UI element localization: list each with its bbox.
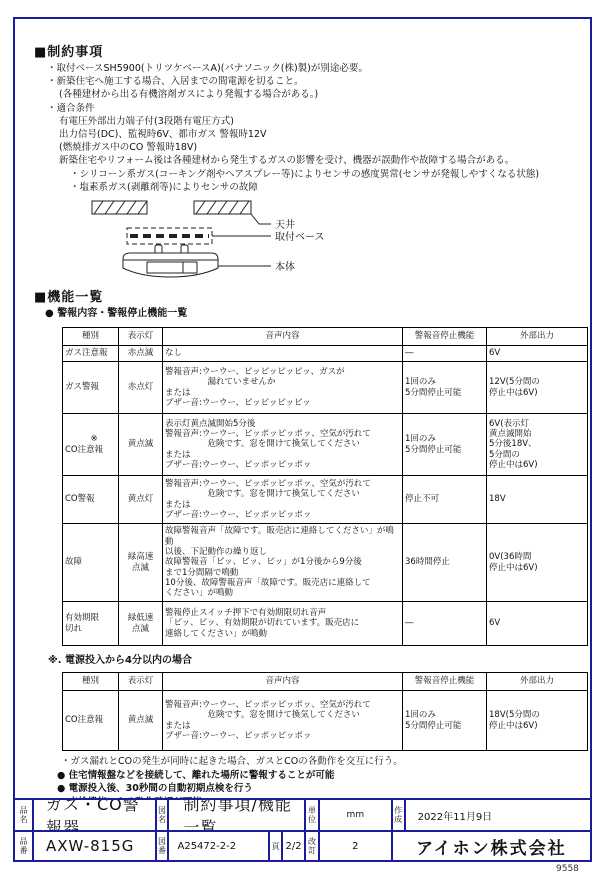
mounting-base-label: 取付ベース	[275, 230, 325, 243]
table-row: ガス注意報 赤点滅 なし ― 6V	[63, 346, 588, 362]
title-block: 品名 ガス・CO警報器 図名 制約事項/機能一覧 単位 mm 作成 2022年1…	[15, 798, 590, 860]
page-frame: ■制約事項 ・取付ベースSH5900(トリツケベースA)(パナソニック(株)製)…	[13, 17, 592, 862]
table-cell: 黄点滅	[119, 691, 163, 751]
table-cell: 警報停止スイッチ押下で有効期限切れ音声 「ピッ、ピッ、有効期限が切れています。販…	[163, 602, 403, 646]
column-header: 音声内容	[163, 673, 403, 691]
unit-value: mm	[318, 800, 391, 830]
page-label: 頁	[268, 832, 281, 860]
column-header: 種別	[63, 673, 119, 691]
column-header: 警報音停止機能	[403, 673, 487, 691]
footnote-item: ・ガス漏れとCOの発生が同時に起きた場合、ガスとCOの各動作を交互に行う。	[61, 755, 590, 769]
restrictions-list: ・取付ベースSH5900(トリツケベースA)(パナソニック(株)製)が別途必要。…	[15, 62, 590, 194]
column-header: 音声内容	[163, 328, 403, 346]
footnote-item: ● 住宅情報盤などを接続して、離れた場所に警報することが可能	[57, 769, 590, 783]
restriction-item: (各種建材から出る有機溶剤ガスにより発報する場合がある。)	[59, 88, 590, 101]
restriction-item: ・シリコーン系ガス(コーキング剤やヘアスプレー等)によりセンサの感度異常(センサ…	[70, 168, 590, 181]
table-cell: 1回のみ 5分間停止可能	[403, 414, 487, 476]
drawing-number-value: A25472-2-2	[167, 832, 268, 860]
table-cell: 6V	[487, 346, 588, 362]
alarm-list-subheading: ● 警報内容・警報停止機能一覧	[45, 307, 590, 321]
revision-label: 改訂	[304, 832, 318, 860]
restriction-item: 有電圧外部出力端子付(3段階有電圧方式)	[59, 115, 590, 128]
revision-value: 2	[318, 832, 391, 860]
title-block-row-1: 品名 ガス・CO警報器 図名 制約事項/機能一覧 単位 mm 作成 2022年1…	[15, 800, 590, 830]
device-body-label: 本体	[275, 260, 295, 273]
installation-diagram-drawing: 天井 取付ベース 本体	[77, 198, 377, 280]
table-cell: 停止不可	[403, 476, 487, 524]
restriction-item: (燃焼排ガス中のCO 警報時18V)	[59, 141, 590, 154]
table-cell: 警報音声:ウーウー、ピッポッピッポッ、空気が汚れて 危険です。窓を開けて換気して…	[163, 476, 403, 524]
table-row: CO警報 黄点灯 警報音声:ウーウー、ピッポッピッポッ、空気が汚れて 危険です。…	[63, 476, 588, 524]
column-header: 表示灯	[119, 673, 163, 691]
table-cell: 1回のみ 5分間停止可能	[403, 362, 487, 414]
table-cell: 12V(5分間の 停止中は6V)	[487, 362, 588, 414]
table-cell: 1回のみ 5分間停止可能	[403, 691, 487, 751]
page-value: 2/2	[281, 832, 304, 860]
table-header-row: 種別 表示灯 音声内容 警報音停止機能 外部出力	[63, 328, 588, 346]
table-cell: 赤点滅	[119, 346, 163, 362]
table-row: 有効期限 切れ 緑低速 点滅 警報停止スイッチ押下で有効期限切れ音声 「ピッ、ピ…	[63, 602, 588, 646]
table-cell: 18V	[487, 476, 588, 524]
table-cell: CO注意報	[63, 691, 119, 751]
column-header: 外部出力	[487, 328, 588, 346]
power-on-table: 種別 表示灯 音声内容 警報音停止機能 外部出力 CO注意報 黄点滅 警報音声:…	[62, 672, 588, 751]
table-cell: 有効期限 切れ	[63, 602, 119, 646]
table-cell: 緑低速 点滅	[119, 602, 163, 646]
table-row: CO注意報 黄点滅 警報音声:ウーウー、ピッポッピッポッ、空気が汚れて 危険です…	[63, 691, 588, 751]
footnote-item: ● 電源投入後、30秒間の自動初期点検を行う	[57, 782, 590, 796]
column-header: 外部出力	[487, 673, 588, 691]
product-name-label: 品名	[15, 800, 32, 830]
table-header-row: 種別 表示灯 音声内容 警報音停止機能 外部出力	[63, 673, 588, 691]
restriction-item: 新築住宅やリフォーム後は各種建材から発生するガスの影響を受け、機器が誤動作や故障…	[59, 154, 590, 167]
table-row: ※ CO注意報 黄点滅 表示灯黄点滅開始5分後 警報音声:ウーウー、ピッポッピッ…	[63, 414, 588, 476]
document-canvas: ■制約事項 ・取付ベースSH5900(トリツケベースA)(パナソニック(株)製)…	[0, 0, 605, 881]
model-number-value: AXW-815G	[32, 832, 155, 860]
installation-diagram: 天井 取付ベース 本体	[15, 198, 590, 280]
alarm-function-table: 種別 表示灯 音声内容 警報音停止機能 外部出力 ガス注意報 赤点滅 なし ― …	[62, 327, 588, 646]
table-cell: 緑高速 点滅	[119, 524, 163, 602]
table-cell: なし	[163, 346, 403, 362]
ceiling-leader-line	[251, 214, 271, 224]
table-cell: 警報音声:ウーウー、ピッポッピッポッ、空気が汚れて 危険です。窓を開けて換気して…	[163, 691, 403, 751]
corner-number: 9558	[556, 864, 579, 874]
device-window	[147, 262, 197, 273]
table-cell: ガス警報	[63, 362, 119, 414]
table-row: 故障 緑高速 点滅 故障警報音声「故障です。販売店に連絡してください」が鳴動 以…	[63, 524, 588, 602]
clip-left	[155, 245, 162, 253]
drawing-name-label: 図名	[155, 800, 168, 830]
table-cell: 赤点灯	[119, 362, 163, 414]
clip-right	[181, 245, 188, 253]
created-label: 作成	[391, 800, 404, 830]
column-header: 種別	[63, 328, 119, 346]
table-cell: 故障警報音声「故障です。販売店に連絡してください」が鳴動 以後、下記動作の繰り返…	[163, 524, 403, 602]
table-cell: 6V	[487, 602, 588, 646]
company-name: アイホン株式会社	[391, 832, 590, 860]
column-header: 表示灯	[119, 328, 163, 346]
restriction-item: ・新築住宅へ施工する場合、入居までの間電源を切ること。	[47, 75, 590, 88]
created-date-value: 2022年11月9日	[404, 800, 590, 830]
product-name-value: ガス・CO警報器	[32, 800, 155, 830]
restriction-item: ・適合条件	[47, 102, 590, 115]
table-cell: ※ CO注意報	[63, 414, 119, 476]
table-cell: 黄点滅	[119, 414, 163, 476]
title-block-row-2: 品番 AXW-815G 図番 A25472-2-2 頁 2/2 改訂 2 アイホ…	[15, 830, 590, 860]
table-cell: 故障	[63, 524, 119, 602]
restriction-item: ・取付ベースSH5900(トリツケベースA)(パナソニック(株)製)が別途必要。	[47, 62, 590, 75]
table-cell: 36時間停止	[403, 524, 487, 602]
table-row: ガス警報 赤点灯 警報音声:ウーウー、ピッピッピッピッ、ガスが 漏れていませんか…	[63, 362, 588, 414]
table-cell: 表示灯黄点滅開始5分後 警報音声:ウーウー、ピッポッピッポッ、空気が汚れて 危険…	[163, 414, 403, 476]
table-cell: 黄点灯	[119, 476, 163, 524]
table-cell: 18V(5分間の 停止中は6V)	[487, 691, 588, 751]
table-cell: CO警報	[63, 476, 119, 524]
table-cell: 6V(表示灯 黄点滅開始 5分後18V、 5分間の 停止中は6V)	[487, 414, 588, 476]
power-on-note-heading: ※. 電源投入から4分以内の場合	[48, 654, 590, 668]
table-cell: ガス注意報	[63, 346, 119, 362]
table-cell: 0V(36時間 停止中は6V)	[487, 524, 588, 602]
table-cell: ―	[403, 346, 487, 362]
restriction-item: ・塩素系ガス(剥離剤等)によりセンサの故障	[70, 181, 590, 194]
column-header: 警報音停止機能	[403, 328, 487, 346]
table-cell: ―	[403, 602, 487, 646]
table-cell: 警報音声:ウーウー、ピッピッピッピッ、ガスが 漏れていませんか または ブザー音…	[163, 362, 403, 414]
ceiling-label: 天井	[275, 218, 295, 231]
unit-label: 単位	[304, 800, 318, 830]
model-number-label: 品番	[15, 832, 32, 860]
functions-heading: ■機能一覧	[34, 286, 590, 305]
restrictions-heading: ■制約事項	[34, 41, 590, 60]
drawing-number-label: 図番	[155, 832, 168, 860]
drawing-name-value: 制約事項/機能一覧	[167, 800, 304, 830]
restriction-item: 出力信号(DC)、監視時6V、都市ガス 警報時12V	[59, 128, 590, 141]
